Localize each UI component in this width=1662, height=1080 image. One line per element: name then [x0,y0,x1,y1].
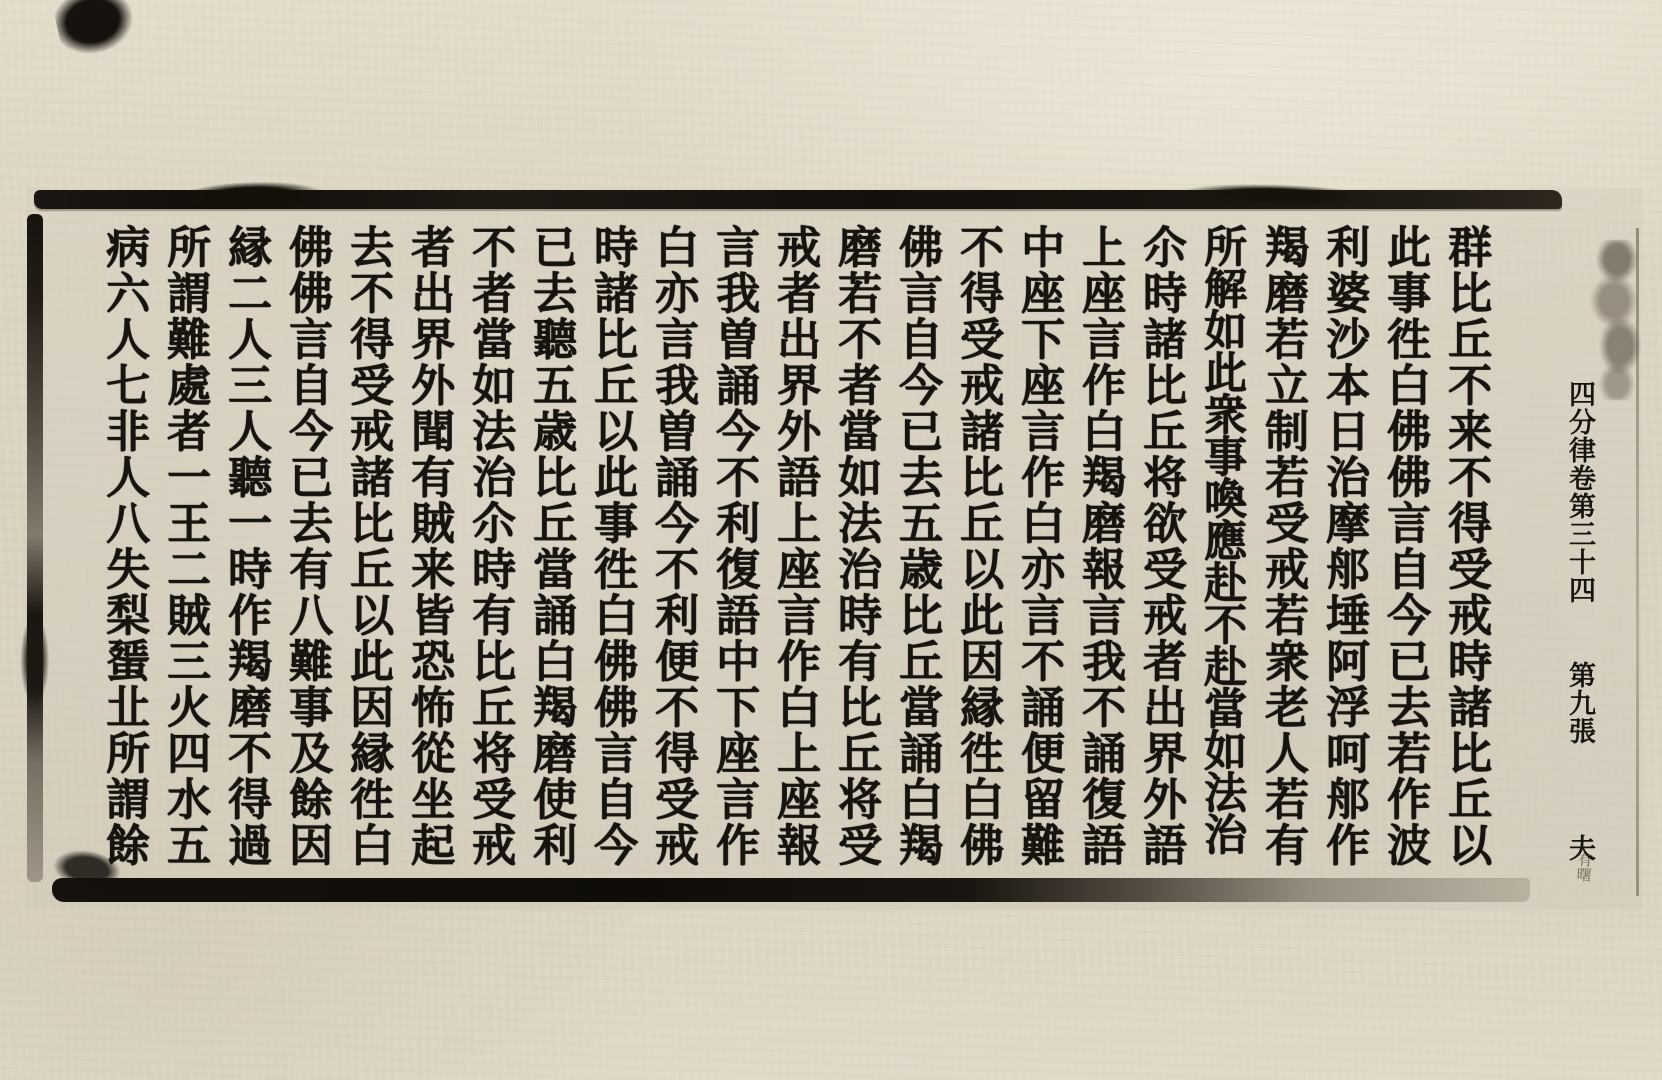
text-column: 佛佛言自今已去有八難事及餘因 [276,224,337,876]
ink-smudge [52,0,145,70]
text-column: 中座下座言作白亦言不誦便留難 [1008,224,1069,876]
text-column: 不得受戒諸比丘以此因縁徃白佛 [947,224,1008,876]
text-column: 佛言自今已去五歳比丘當誦白羯 [886,224,947,876]
text-column: 者出界外聞有賊来皆恐怖從坐起 [398,224,459,876]
text-column: 所謂難處者一王二賊三火四水五 [154,224,215,876]
text-column: 利婆沙本日治摩郍埵阿浮呵郍作 [1313,224,1374,876]
top-border-rule [34,190,1562,209]
text-column: 羯磨若立制若受戒若衆老人若有 [1252,224,1313,876]
text-column: 群比丘不来不得受戒時諸比丘以 [1435,224,1496,876]
volume-title: 四分律卷第三十四 [1565,380,1595,604]
text-column: 戒者出界外語上座言作白上座報 [764,224,825,876]
bottom-border-rule [52,878,1530,902]
text-column: 病六人七非人八失梨蜑㐀所謂餘 [93,224,154,876]
text-column: 言我曽誦今不利復語中下座言作 [703,224,764,876]
text-column: 白亦言我曽誦今不利便不得受戒 [642,224,703,876]
text-column: 磨若不者當如法治時有比丘将受 [825,224,886,876]
handwritten-annotation: 有曙 [1571,851,1595,882]
text-column: 不者當如法治尒時有比丘将受戒 [459,224,520,876]
sheet-number: 第九張 [1565,661,1595,745]
text-column: 上座言作白羯磨報言我不誦復語 [1069,224,1130,876]
text-column: 所解如此衆事喚應赴不赴當如法治 [1191,224,1252,876]
right-border-rule [1636,228,1639,896]
text-column: 去不得受戒諸比丘以此因縁徃白 [337,224,398,876]
text-column: 尒時諸比丘将欲受戒者出界外語 [1130,224,1191,876]
left-border-rule [27,214,43,882]
text-column: 此事徃白佛佛言自今已去若作波 [1374,224,1435,876]
text-column: 縁二人三人聽一時作羯磨不得過 [215,224,276,876]
volume-header-column: 四分律卷第三十四 第九張 夫 [1554,224,1606,876]
scanned-sutra-page: 四分律卷第三十四 第九張 夫 群比丘不来不得受戒時諸比丘以此事徃白佛佛言自今已去… [0,0,1662,1080]
text-column: 時諸比丘以此事徃白佛佛言自今 [581,224,642,876]
text-column: 已去聽五歳比丘當誦白羯磨使利 [520,224,581,876]
text-block: 四分律卷第三十四 第九張 夫 群比丘不来不得受戒時諸比丘以此事徃白佛佛言自今已去… [93,224,1606,876]
